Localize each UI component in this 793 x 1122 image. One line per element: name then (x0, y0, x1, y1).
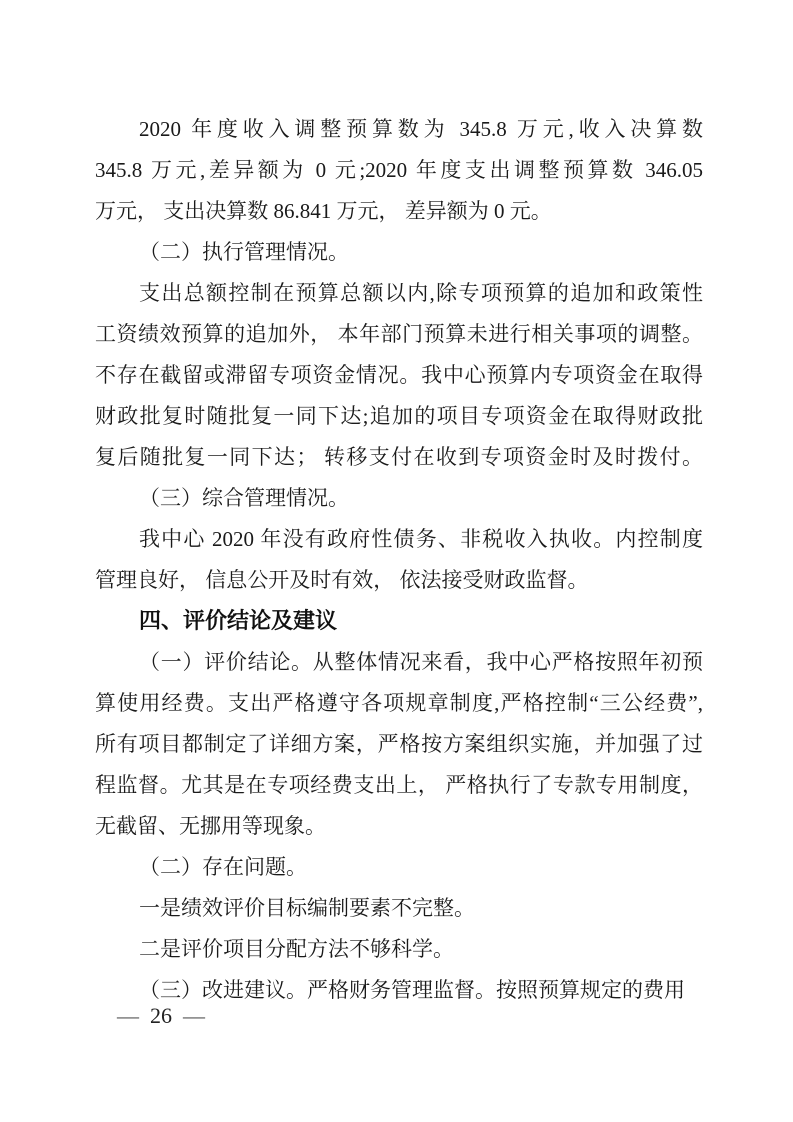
subsection-heading-line: （三）综合管理情况。 (95, 478, 703, 519)
document-body: 2020 年度收入调整预算数为 345.8 万元,收入决算数 345.8 万元,… (95, 109, 703, 1011)
text-line: 程监督。尤其是在专项经费支出上， 严格执行了专款专用制度， (95, 765, 703, 806)
text-line: 二是评价项目分配方法不够科学。 (95, 929, 703, 970)
text-line: 所有项目都制定了详细方案，严格按方案组织实施，并加强了过 (95, 724, 703, 765)
text-line: 复后随批复一同下达； 转移支付在收到专项资金时及时拨付。 (95, 437, 703, 478)
page-number: 26 (150, 1003, 172, 1029)
text-line: 万元， 支出决算数 86.841 万元， 差异额为 0 元。 (95, 191, 703, 232)
footer-dash-right: — (183, 1003, 205, 1029)
text-line: 算使用经费。支出严格遵守各项规章制度,严格控制“三公经费”, (95, 683, 703, 724)
section-heading-line: 四、评价结论及建议 (95, 601, 703, 642)
subsection-heading-line: （二）执行管理情况。 (95, 232, 703, 273)
text-line: 不存在截留或滞留专项资金情况。我中心预算内专项资金在取得 (95, 355, 703, 396)
subsection-heading-line: （二）存在问题。 (95, 847, 703, 888)
text-line: 一是绩效评价目标编制要素不完整。 (95, 888, 703, 929)
text-line: 我中心 2020 年没有政府性债务、非税收入执收。内控制度 (95, 519, 703, 560)
text-line: 无截留、无挪用等现象。 (95, 806, 703, 847)
page-footer: — 26 — (117, 1000, 205, 1032)
text-line: 支出总额控制在预算总额以内,除专项预算的追加和政策性 (95, 273, 703, 314)
document-page: 2020 年度收入调整预算数为 345.8 万元,收入决算数 345.8 万元,… (0, 0, 793, 1122)
text-line: （一）评价结论。从整体情况来看，我中心严格按照年初预 (95, 642, 703, 683)
text-line: 345.8 万元,差异额为 0 元;2020 年度支出调整预算数 346.05 (95, 150, 703, 191)
footer-dash-left: — (117, 1003, 139, 1029)
text-line: 财政批复时随批复一同下达;追加的项目专项资金在取得财政批 (95, 396, 703, 437)
text-line: 工资绩效预算的追加外， 本年部门预算未进行相关事项的调整。 (95, 314, 703, 355)
text-line: 管理良好， 信息公开及时有效， 依法接受财政监督。 (95, 560, 703, 601)
text-line: 2020 年度收入调整预算数为 345.8 万元,收入决算数 (95, 109, 703, 150)
